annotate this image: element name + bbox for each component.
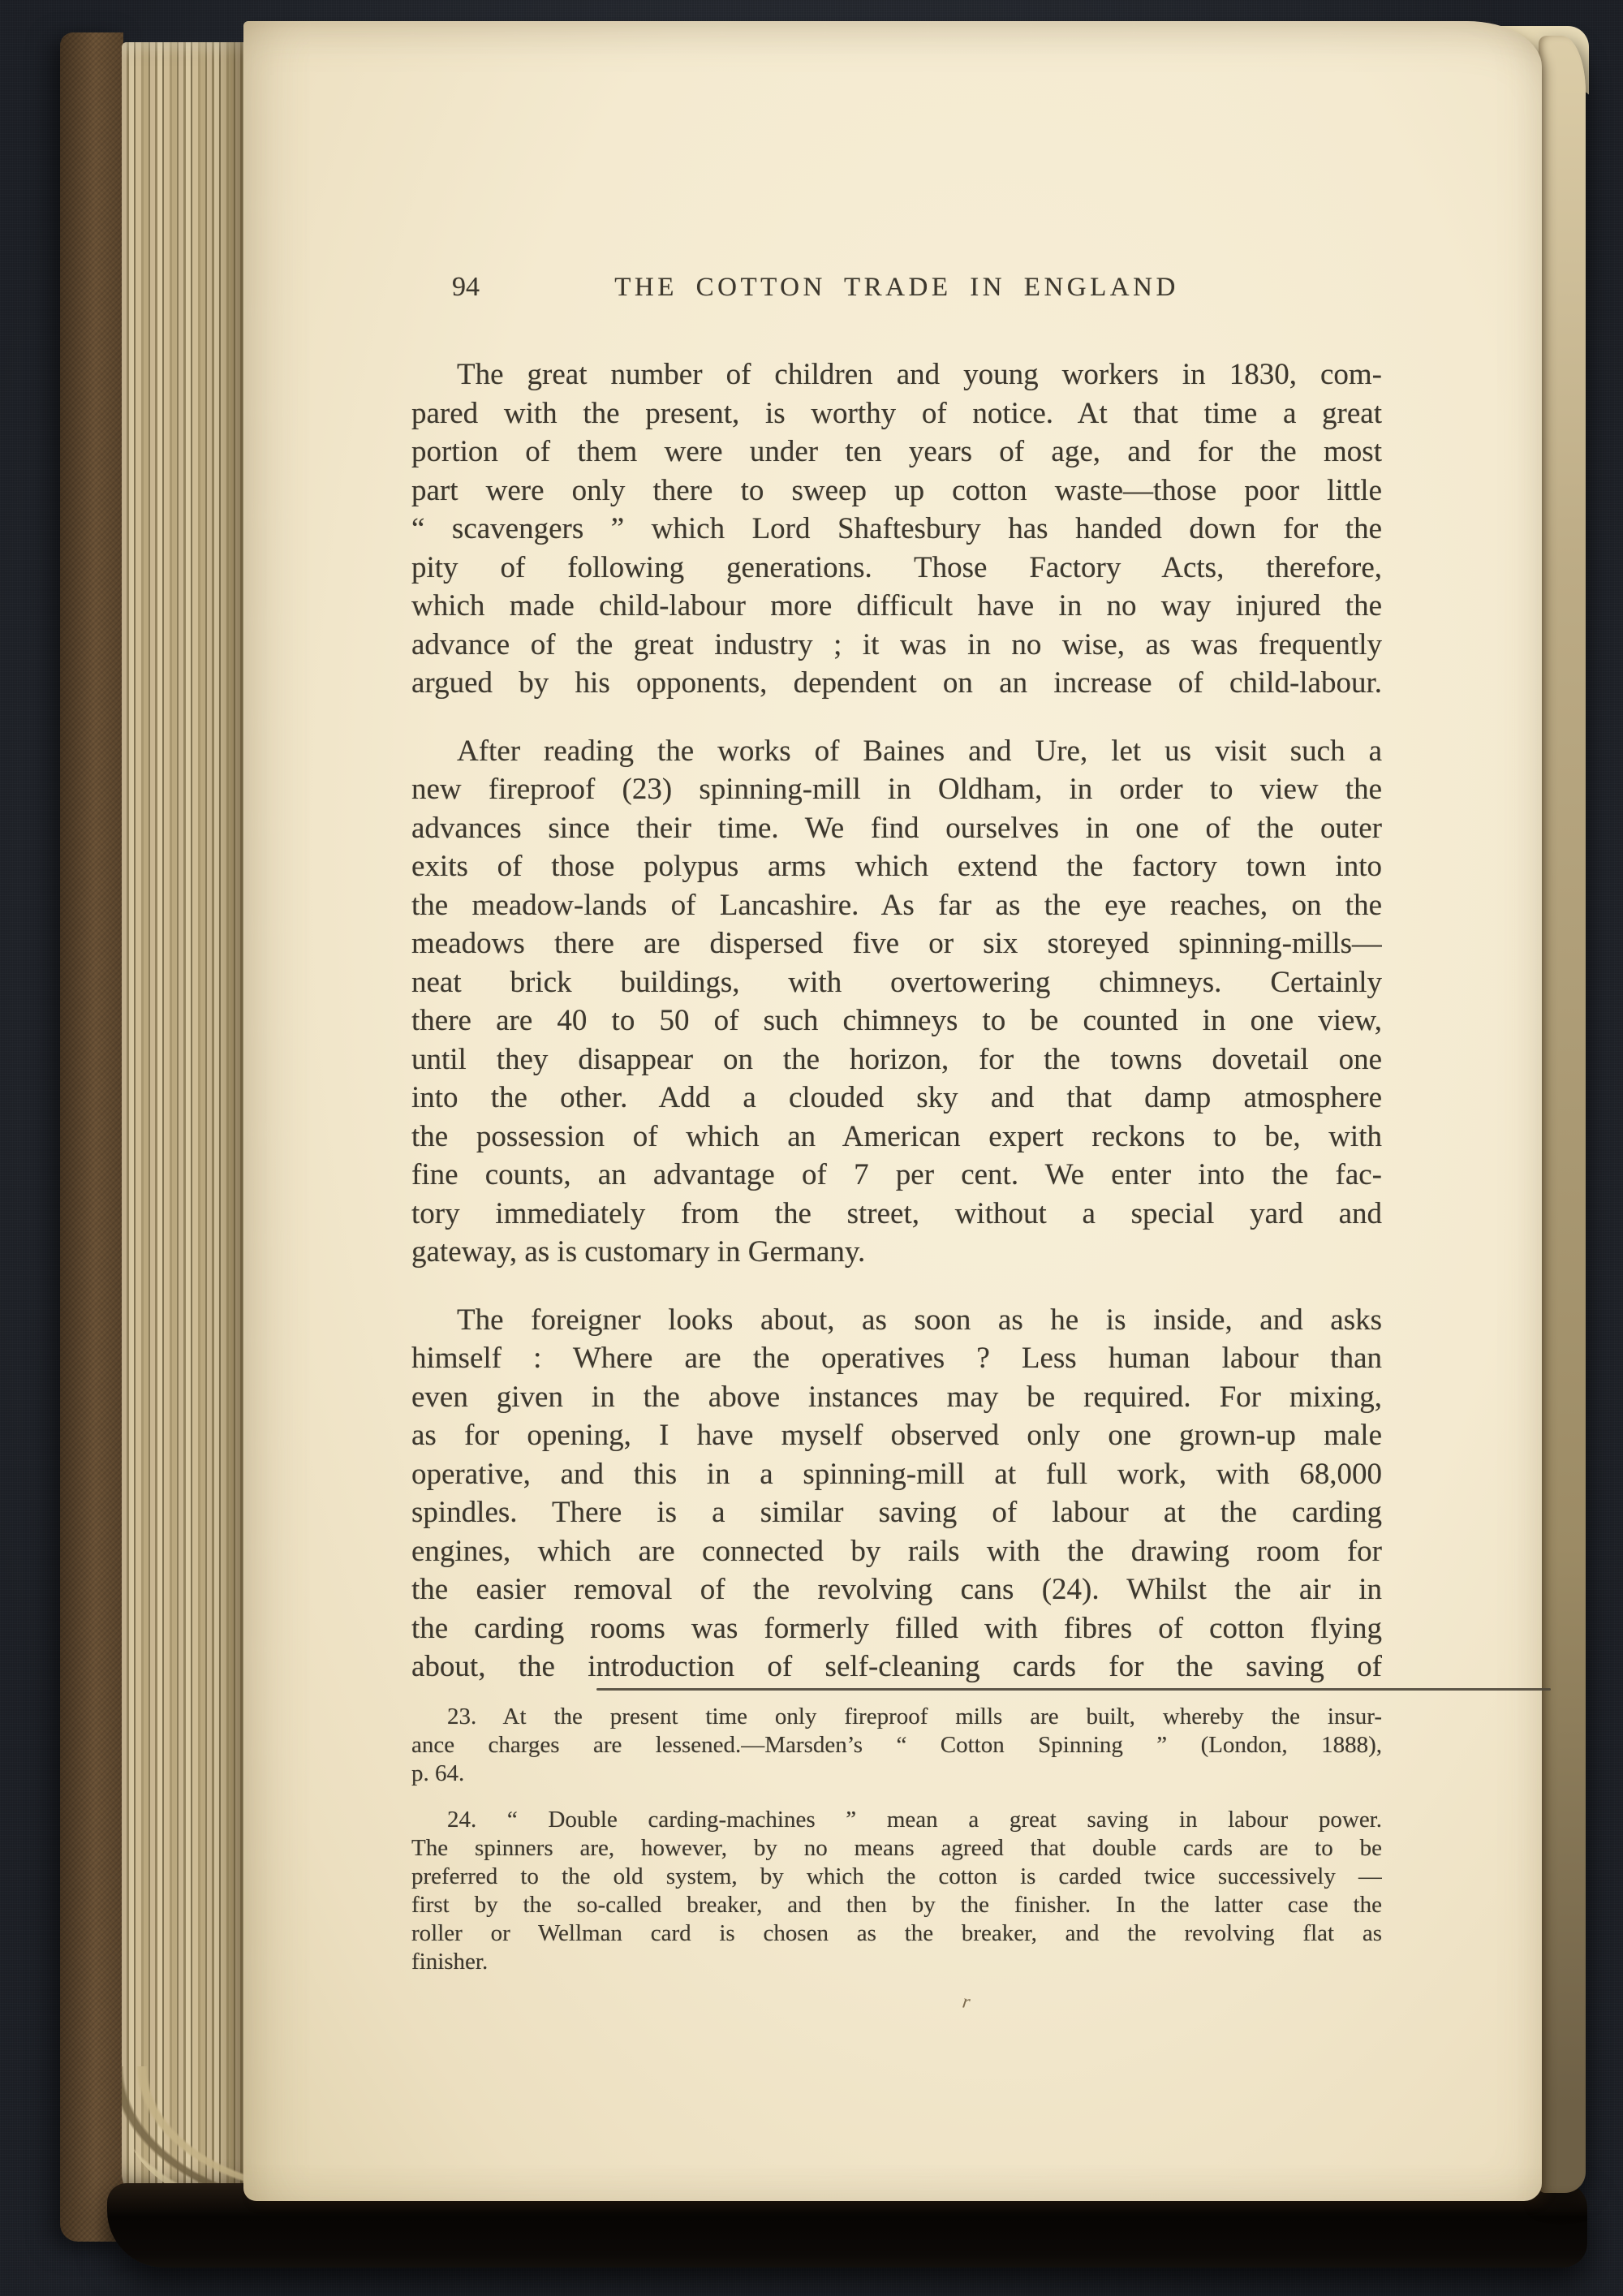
text-line: neat brick buildings, with overtowering … (411, 963, 1382, 1002)
page-number: 94 (452, 271, 480, 304)
text-line: even given in the above instances may be… (411, 1378, 1382, 1417)
text-line: pity of following generations. Those Fac… (411, 549, 1382, 588)
book: 94 THE COTTON TRADE IN ENGLAND The great… (0, 0, 1623, 2296)
text-line: the meadow-lands of Lancashire. As far a… (411, 886, 1382, 925)
text-line: the possession of which an American expe… (411, 1118, 1382, 1157)
footnote-2: 24. “ Double carding-machines ” mean a g… (411, 1806, 1382, 1976)
book-cover-edge (60, 32, 123, 2242)
text-line: until they disappear on the horizon, for… (411, 1040, 1382, 1079)
text-line: there are 40 to 50 of such chimneys to b… (411, 1002, 1382, 1040)
text-line: gateway, as is customary in Germany. (411, 1233, 1382, 1272)
page-body: The great number of children and young w… (411, 355, 1382, 1716)
text-line: about, the introduction of self-cleaning… (411, 1648, 1382, 1686)
text-line: pared with the present, is worthy of not… (411, 394, 1382, 433)
text-line: meadows there are dispersed five or six … (411, 924, 1382, 963)
paragraph-3: The foreigner looks about, as soon as he… (411, 1301, 1382, 1686)
text-line: tory immediately from the street, withou… (411, 1195, 1382, 1234)
text-line: advance of the great industry ; it was i… (411, 626, 1382, 665)
text-line: 24. “ Double carding-machines ” mean a g… (411, 1806, 1382, 1834)
text-line: roller or Wellman card is chosen as the … (411, 1919, 1382, 1948)
running-title: THE COTTON TRADE IN ENGLAND (411, 271, 1382, 304)
paragraph-2: After reading the works of Baines and Ur… (411, 732, 1382, 1272)
scan-background: 94 THE COTTON TRADE IN ENGLAND The great… (0, 0, 1623, 2296)
text-line: exits of those polypus arms which extend… (411, 847, 1382, 886)
text-line: the easier removal of the revolving cans… (411, 1570, 1382, 1609)
text-line: which made child-labour more difficult h… (411, 587, 1382, 626)
text-line: 23. At the present time only fireproof m… (411, 1703, 1382, 1731)
footnote-1: 23. At the present time only fireproof m… (411, 1703, 1382, 1788)
text-line: new fireproof (23) spinning-mill in Oldh… (411, 770, 1382, 809)
text-line: spindles. There is a similar saving of l… (411, 1493, 1382, 1532)
book-page: 94 THE COTTON TRADE IN ENGLAND The great… (243, 21, 1542, 2201)
text-line: “ scavengers ” which Lord Shaftesbury ha… (411, 510, 1382, 549)
text-line: fine counts, an advantage of 7 per cent.… (411, 1156, 1382, 1195)
text-line: advances since their time. We find ourse… (411, 809, 1382, 848)
text-line: into the other. Add a clouded sky and th… (411, 1079, 1382, 1118)
page-edge-right (1539, 36, 1586, 2193)
text-line: p. 64. (411, 1760, 1382, 1788)
footnote-separator (596, 1688, 1551, 1691)
text-line: The spinners are, however, by no means a… (411, 1834, 1382, 1863)
text-line: preferred to the old system, by which th… (411, 1863, 1382, 1891)
text-line: ance charges are lessened.—Marsden’s “ C… (411, 1731, 1382, 1760)
text-line: engines, which are connected by rails wi… (411, 1532, 1382, 1571)
text-line: the carding rooms was formerly filled wi… (411, 1609, 1382, 1648)
text-line: operative, and this in a spinning-mill a… (411, 1455, 1382, 1494)
text-line: as for opening, I have myself observed o… (411, 1416, 1382, 1455)
page-edges-left (122, 42, 245, 2201)
text-line: part were only there to sweep up cotton … (411, 472, 1382, 510)
text-line: first by the so-called breaker, and then… (411, 1891, 1382, 1919)
text-line: portion of them were under ten years of … (411, 433, 1382, 472)
text-line: After reading the works of Baines and Ur… (411, 732, 1382, 771)
text-line: The great number of children and young w… (411, 355, 1382, 394)
text-line: finisher. (411, 1948, 1382, 1976)
page-header: 94 THE COTTON TRADE IN ENGLAND (411, 271, 1382, 307)
stray-ink-mark: r (961, 1991, 971, 2014)
text-line: himself : Where are the operatives ? Les… (411, 1339, 1382, 1378)
footnotes: 23. At the present time only fireproof m… (411, 1703, 1382, 1994)
paragraph-1: The great number of children and young w… (411, 355, 1382, 703)
text-line: argued by his opponents, dependent on an… (411, 664, 1382, 703)
text-line: The foreigner looks about, as soon as he… (411, 1301, 1382, 1340)
